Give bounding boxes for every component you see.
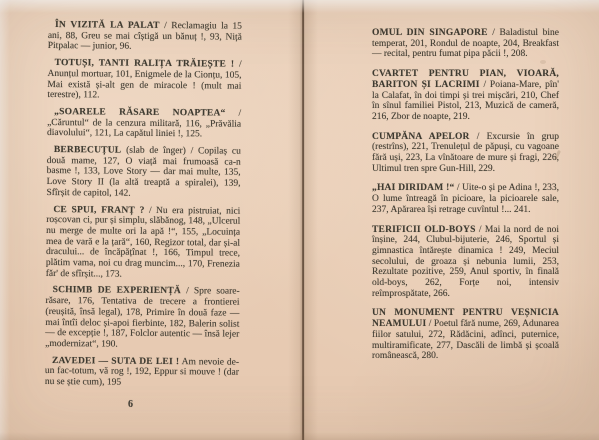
toc-entry-separator: / bbox=[454, 183, 462, 193]
toc-entry-title: ZAVEDEI — SUTA DE LEI ! bbox=[52, 356, 179, 367]
book-gutter-fold-line bbox=[302, 0, 304, 440]
toc-entry-separator: / bbox=[488, 28, 500, 38]
toc-entry-title: ÎN VIZITĂ LA PALAT bbox=[55, 20, 160, 31]
toc-entry-title: CE SPUI, FRANȚ ? bbox=[53, 205, 144, 216]
paper-speck bbox=[540, 60, 546, 64]
toc-entry-separator: / bbox=[145, 205, 157, 215]
toc-entry-title: TERIFICII OLD-BOYS bbox=[372, 225, 476, 235]
toc-entry: ÎN VIZITĂ LA PALAT / Reclamagiu la 15 an… bbox=[48, 20, 242, 54]
toc-entry-title: „HAI DIRIDAM !“ bbox=[372, 183, 454, 193]
toc-entry-separator: / bbox=[476, 225, 485, 235]
toc-entry: UN MONUMENT PENTRU VEȘNICIA NEAMULUI / P… bbox=[372, 308, 559, 362]
toc-entry-body: Mai la nord de noi înșine, 244, Clubul-b… bbox=[372, 225, 559, 299]
toc-entry-title: OMUL DIN SINGAPORE bbox=[372, 28, 488, 38]
right-page: OMUL DIN SINGAPORE / Baladistul bine tem… bbox=[372, 28, 559, 371]
page-number: 6 bbox=[128, 399, 133, 410]
toc-entry-body: Nu era pistruiat, nici roșcovan ci, pur … bbox=[46, 205, 241, 279]
toc-entry-title: TOTUȘI, TANTI RALIȚA TRĂIEȘTE ! bbox=[55, 58, 235, 70]
toc-entry-title: BERBECUȚUL bbox=[54, 145, 122, 156]
toc-entry-body: Anunțul mortuar, 101, Enigmele de la Cio… bbox=[47, 69, 241, 101]
toc-entry-separator: / bbox=[225, 108, 241, 118]
toc-entry-body: „Căruntul“ de la cenzura militară, 116, … bbox=[47, 118, 241, 140]
toc-entry-separator: / bbox=[426, 319, 433, 329]
toc-entry-separator: / bbox=[181, 287, 194, 297]
toc-entry-separator: (slab de înger) / bbox=[121, 146, 198, 157]
toc-entry-separator: / bbox=[234, 60, 241, 70]
toc-entry: CVARTET PENTRU PIAN, VIOARĂ, BARITON ȘI … bbox=[372, 69, 559, 123]
toc-entry-separator: / bbox=[480, 80, 490, 90]
toc-entry: ZAVEDEI — SUTA DE LEI ! Am nevoie de-un … bbox=[45, 356, 239, 390]
toc-entry-title: CUMPĂNA APELOR bbox=[372, 132, 470, 142]
book-spread-photo: ÎN VIZITĂ LA PALAT / Reclamagiu la 15 an… bbox=[0, 0, 599, 440]
toc-entry-body: Spre soare-răsare, 176, Tentativa de tre… bbox=[45, 287, 240, 350]
toc-entry-separator: / bbox=[160, 21, 172, 31]
photo-left-edge-highlight bbox=[0, 0, 10, 440]
toc-entry: „HAI DIRIDAM !“ / Uite-o și pe Adina !, … bbox=[372, 183, 559, 215]
toc-entry: TOTUȘI, TANTI RALIȚA TRĂIEȘTE ! / Anunțu… bbox=[47, 58, 241, 103]
toc-entry: „SOARELE RĂSARE NOAPTEA“ / „Căruntul“ de… bbox=[47, 107, 241, 141]
toc-entry: CE SPUI, FRANȚ ? / Nu era pistruiat, nic… bbox=[46, 205, 241, 282]
toc-entry: BERBECUȚUL (slab de înger) / Copilaș cu … bbox=[46, 145, 240, 200]
photo-bottom-edge-shadow bbox=[0, 432, 599, 440]
toc-entry: SCHIMB DE EXPERIENȚĂ / Spre soare-răsare… bbox=[45, 285, 240, 351]
toc-entry: CUMPĂNA APELOR / Excursie în grup (restr… bbox=[372, 132, 559, 175]
toc-entry-title: SCHIMB DE EXPERIENȚĂ bbox=[53, 286, 181, 297]
toc-entry: TERIFICII OLD-BOYS / Mai la nord de noi … bbox=[372, 225, 559, 300]
toc-entry: OMUL DIN SINGAPORE / Baladistul bine tem… bbox=[372, 28, 559, 60]
photo-top-edge-highlight bbox=[0, 0, 599, 13]
toc-entry-separator: / bbox=[470, 132, 487, 142]
left-page: ÎN VIZITĂ LA PALAT / Reclamagiu la 15 an… bbox=[45, 20, 242, 395]
toc-entry-title: „SOARELE RĂSARE NOAPTEA“ bbox=[54, 107, 225, 118]
